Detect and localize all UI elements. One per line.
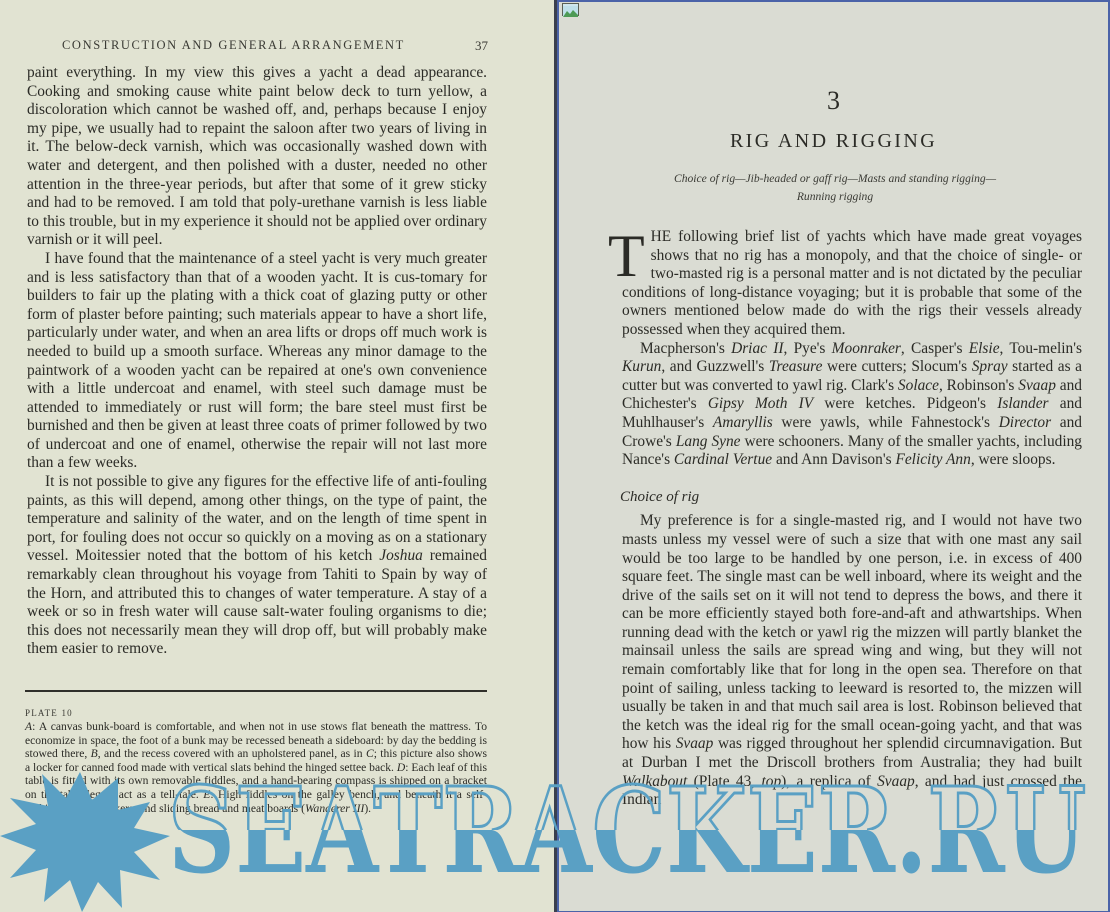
yacht-name: Elsie bbox=[969, 340, 1000, 357]
yacht-name: Director bbox=[999, 414, 1051, 431]
paragraph: Macpherson's Driac II, Pye's Moonraker, … bbox=[622, 340, 1082, 470]
image-icon[interactable] bbox=[562, 3, 579, 16]
yacht-name: Svaap bbox=[1018, 377, 1056, 394]
yacht-name: Lang Syne bbox=[676, 433, 741, 450]
yacht-name: Moonraker bbox=[832, 340, 901, 357]
yacht-name: Solace bbox=[898, 377, 939, 394]
plate-caption: A: A canvas bunk-board is comfortable, a… bbox=[25, 720, 487, 815]
footnote-rule bbox=[25, 690, 487, 692]
yacht-name: Gipsy Moth IV bbox=[708, 395, 813, 412]
paragraph: paint everything. In my view this gives … bbox=[27, 64, 487, 250]
yacht-name: Spray bbox=[972, 358, 1008, 375]
yacht-name: Felicity Ann bbox=[895, 451, 970, 468]
page-number: 37 bbox=[475, 38, 488, 54]
chapter-title: RIG AND RIGGING bbox=[557, 130, 1110, 153]
plate-label: PLATE 10 bbox=[25, 708, 73, 718]
chapter-number: 3 bbox=[557, 86, 1110, 116]
right-body-text: THE following brief list of yachts which… bbox=[622, 228, 1082, 810]
opening-paragraph: THE following brief list of yachts which… bbox=[622, 228, 1082, 340]
running-head-title: CONSTRUCTION AND GENERAL ARRANGEMENT bbox=[62, 38, 405, 52]
yacht-name: Driac II bbox=[731, 340, 783, 357]
yacht-name: Cardinal Vertue bbox=[674, 451, 772, 468]
chapter-summary: Choice of rig—Jib-headed or gaff rig—Mas… bbox=[660, 170, 1010, 206]
running-head: CONSTRUCTION AND GENERAL ARRANGEMENT 37 bbox=[62, 38, 488, 53]
yacht-name: Islander bbox=[997, 395, 1048, 412]
yacht-name: Joshua bbox=[379, 547, 423, 564]
yacht-name: Amaryllis bbox=[713, 414, 773, 431]
paragraph: My preference is for a single-masted rig… bbox=[622, 512, 1082, 810]
paragraph: It is not possible to give any figures f… bbox=[27, 473, 487, 659]
paragraph: I have found that the maintenance of a s… bbox=[27, 250, 487, 473]
yacht-name: Treasure bbox=[769, 358, 823, 375]
section-heading: Choice of rig bbox=[620, 488, 1082, 507]
left-body-text: paint everything. In my view this gives … bbox=[27, 64, 487, 659]
yacht-name: Kurun bbox=[622, 358, 661, 375]
drop-cap: T bbox=[608, 232, 645, 280]
